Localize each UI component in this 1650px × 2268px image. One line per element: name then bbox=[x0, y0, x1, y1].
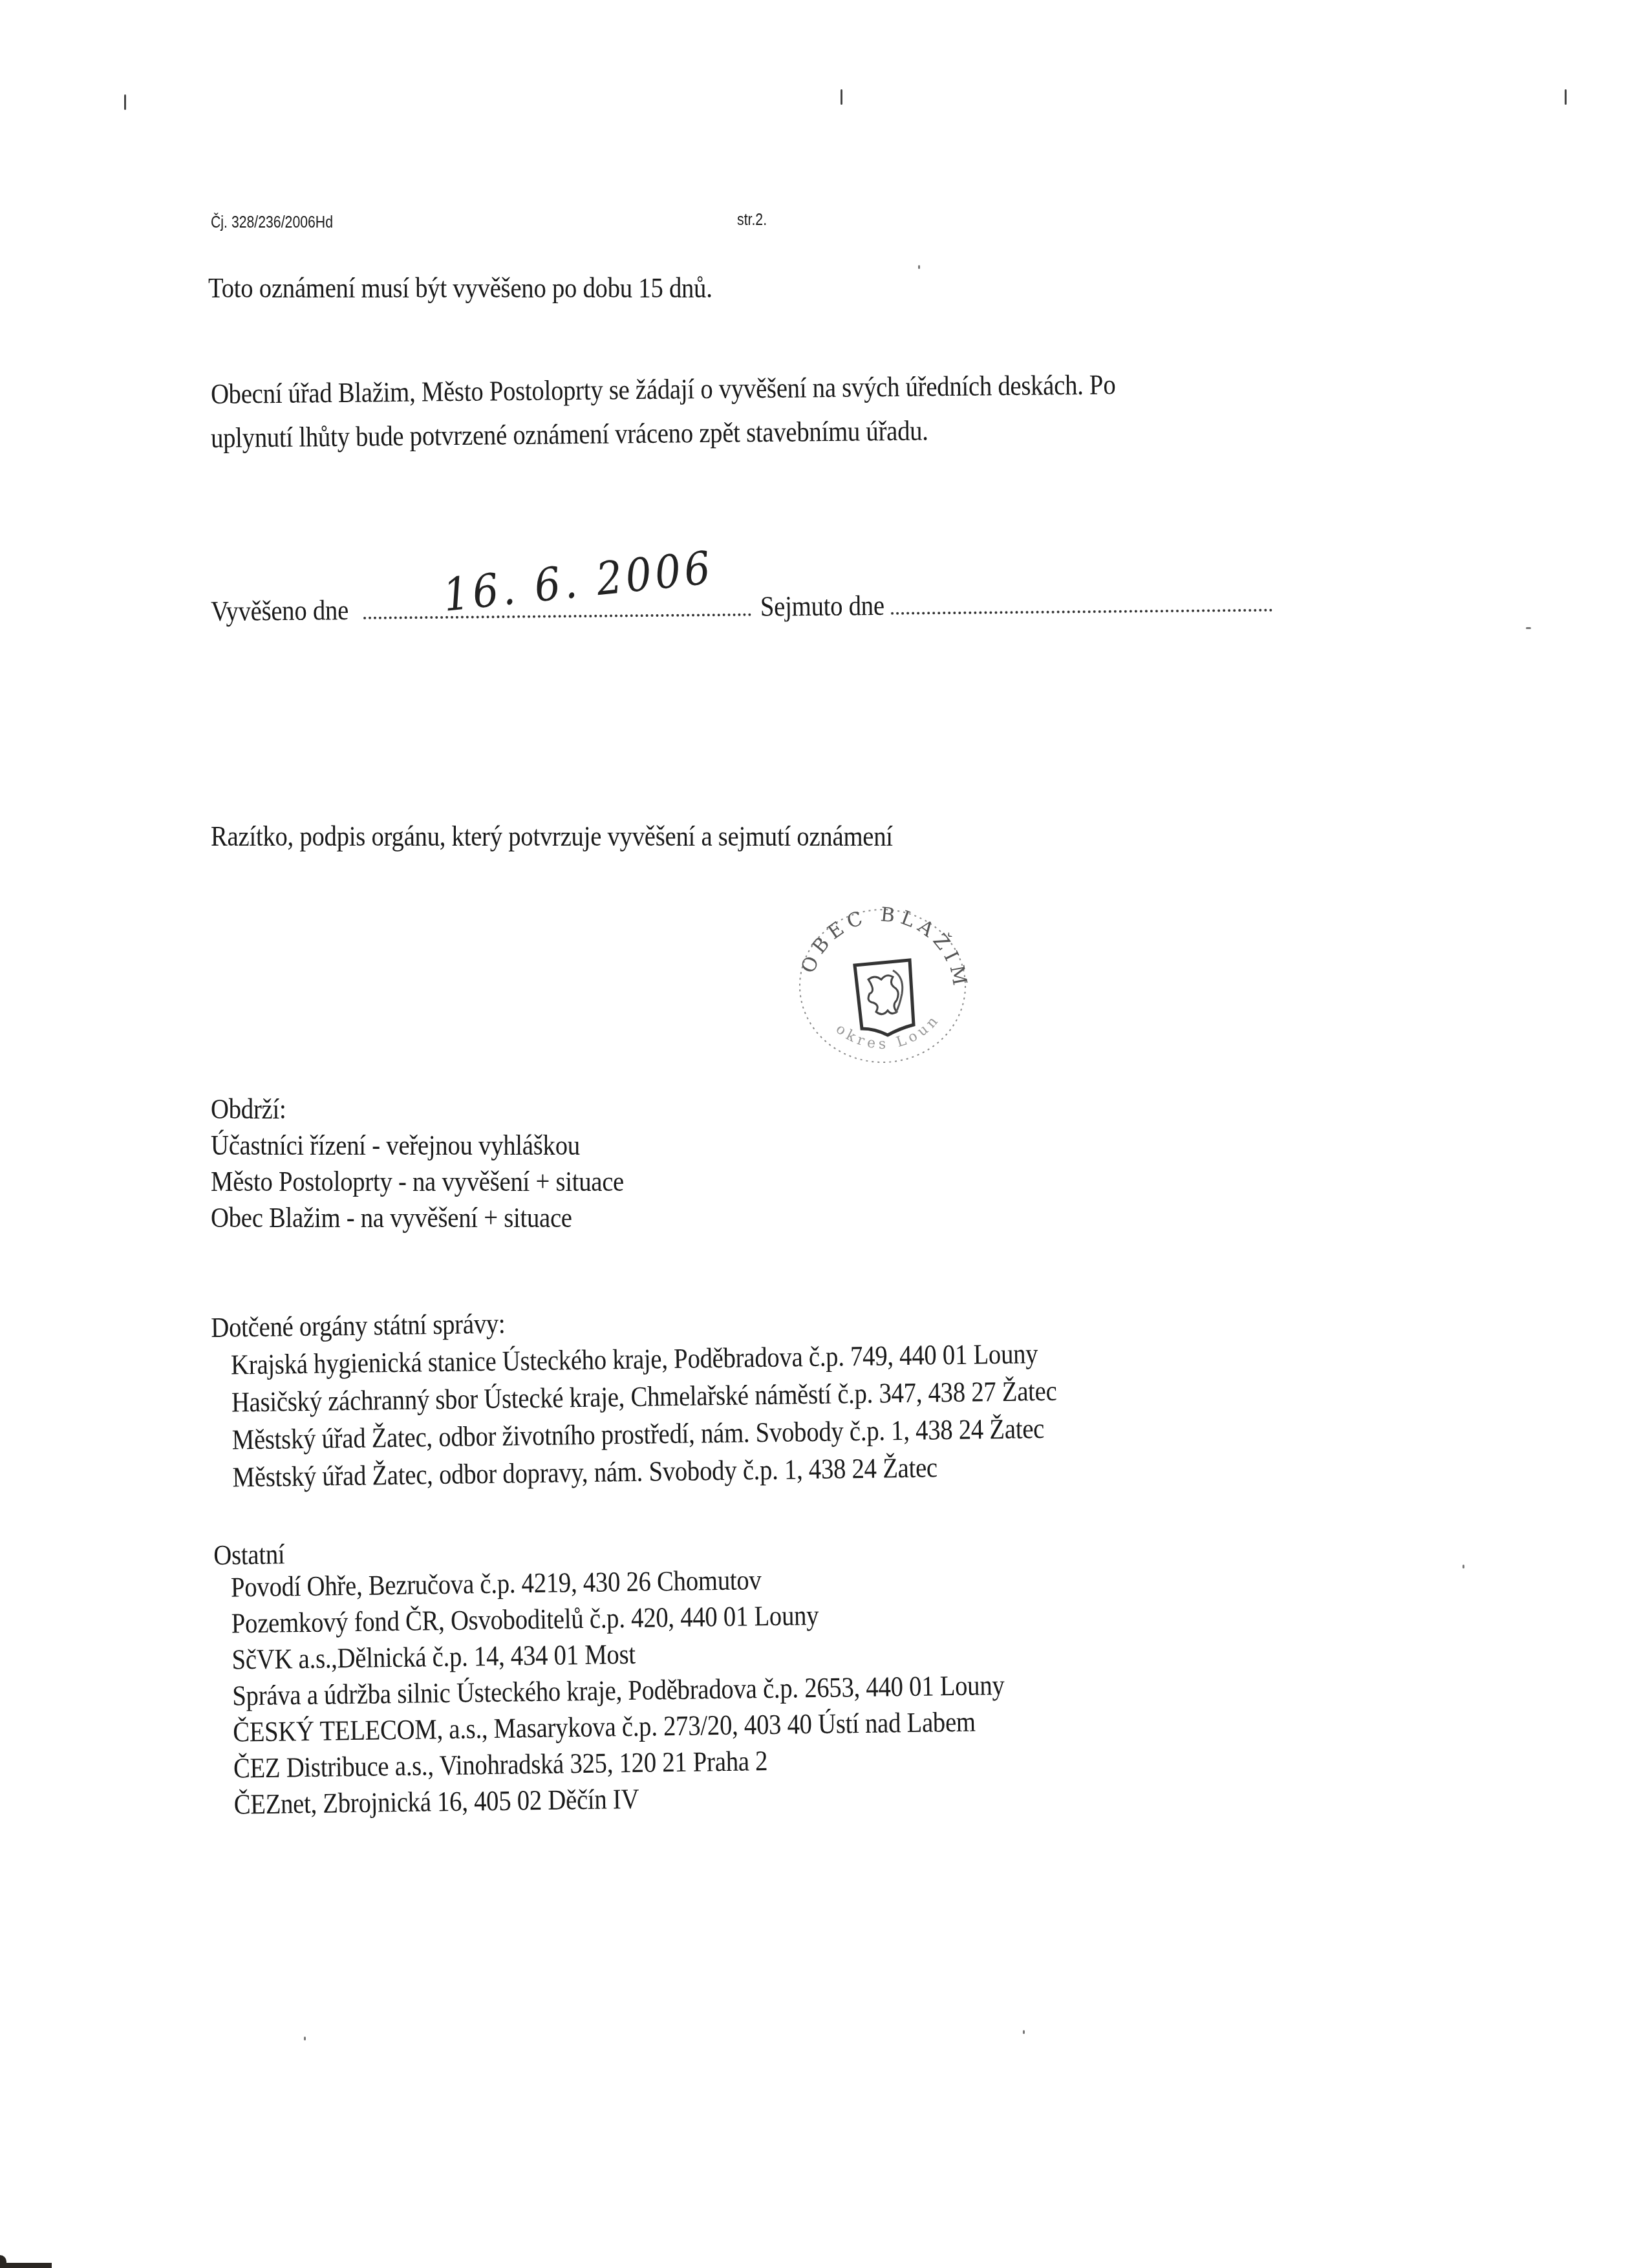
municipal-stamp: OBEC BLAŽIM okres Louny bbox=[786, 895, 980, 1070]
stamp-signature-label: Razítko, podpis orgánu, který potvrzuje … bbox=[211, 820, 893, 853]
authorities-section: Dotčené orgány státní správy: Krajská hy… bbox=[211, 1298, 1171, 1499]
svg-text:OBEC BLAŽIM: OBEC BLAŽIM bbox=[797, 903, 972, 992]
request-text-line-1: Obecní úřad Blažim, Město Postoloprty se… bbox=[211, 368, 1116, 411]
lion-coat-of-arms-icon bbox=[855, 960, 914, 1035]
margin-mark-left bbox=[124, 94, 126, 110]
reference-number: Čj. 328/236/2006Hd bbox=[211, 213, 333, 232]
posting-dates-row: Vyvěšeno dne Sejmuto dne bbox=[211, 586, 1272, 628]
scanned-document-page: Čj. 328/236/2006Hd str.2. Toto oznámení … bbox=[0, 0, 1650, 2268]
recipient-item: Účastníci řízení - veřejnou vyhláškou bbox=[211, 1129, 624, 1165]
scan-edge-shadow bbox=[0, 2263, 52, 2268]
recipients-heading: Obdrží: bbox=[211, 1093, 624, 1129]
stamp-top-text: OBEC BLAŽIM bbox=[797, 903, 972, 992]
recipient-item: Město Postoloprty - na vyvěšení + situac… bbox=[211, 1165, 624, 1201]
scan-speck bbox=[1526, 627, 1531, 629]
margin-mark-right bbox=[1565, 89, 1567, 105]
page-number: str.2. bbox=[737, 211, 767, 230]
request-text-line-2: uplynutí lhůty bude potvrzené oznámení v… bbox=[211, 414, 928, 455]
scan-speck bbox=[1462, 1565, 1464, 1568]
scan-corner-shadow bbox=[0, 2255, 6, 2268]
posted-date-field[interactable] bbox=[363, 614, 751, 619]
removed-date-label: Sejmuto dne bbox=[760, 589, 884, 623]
recipients-section: Obdrží: Účastníci řízení - veřejnou vyhl… bbox=[211, 1093, 680, 1237]
margin-mark-center bbox=[841, 89, 842, 105]
posted-date-label: Vyvěšeno dne bbox=[211, 594, 348, 628]
others-section: Ostatní Povodí Ohře, Bezručova č.p. 4219… bbox=[213, 1526, 1111, 1824]
recipient-item: Obec Blažim - na vyvěšení + situace bbox=[211, 1201, 624, 1237]
scan-speck bbox=[304, 2037, 306, 2040]
scan-speck bbox=[1023, 2030, 1025, 2034]
removed-date-field[interactable] bbox=[891, 609, 1272, 615]
scan-speck bbox=[918, 265, 920, 269]
posting-period-text: Toto oznámení musí být vyvěšeno po dobu … bbox=[208, 272, 712, 305]
